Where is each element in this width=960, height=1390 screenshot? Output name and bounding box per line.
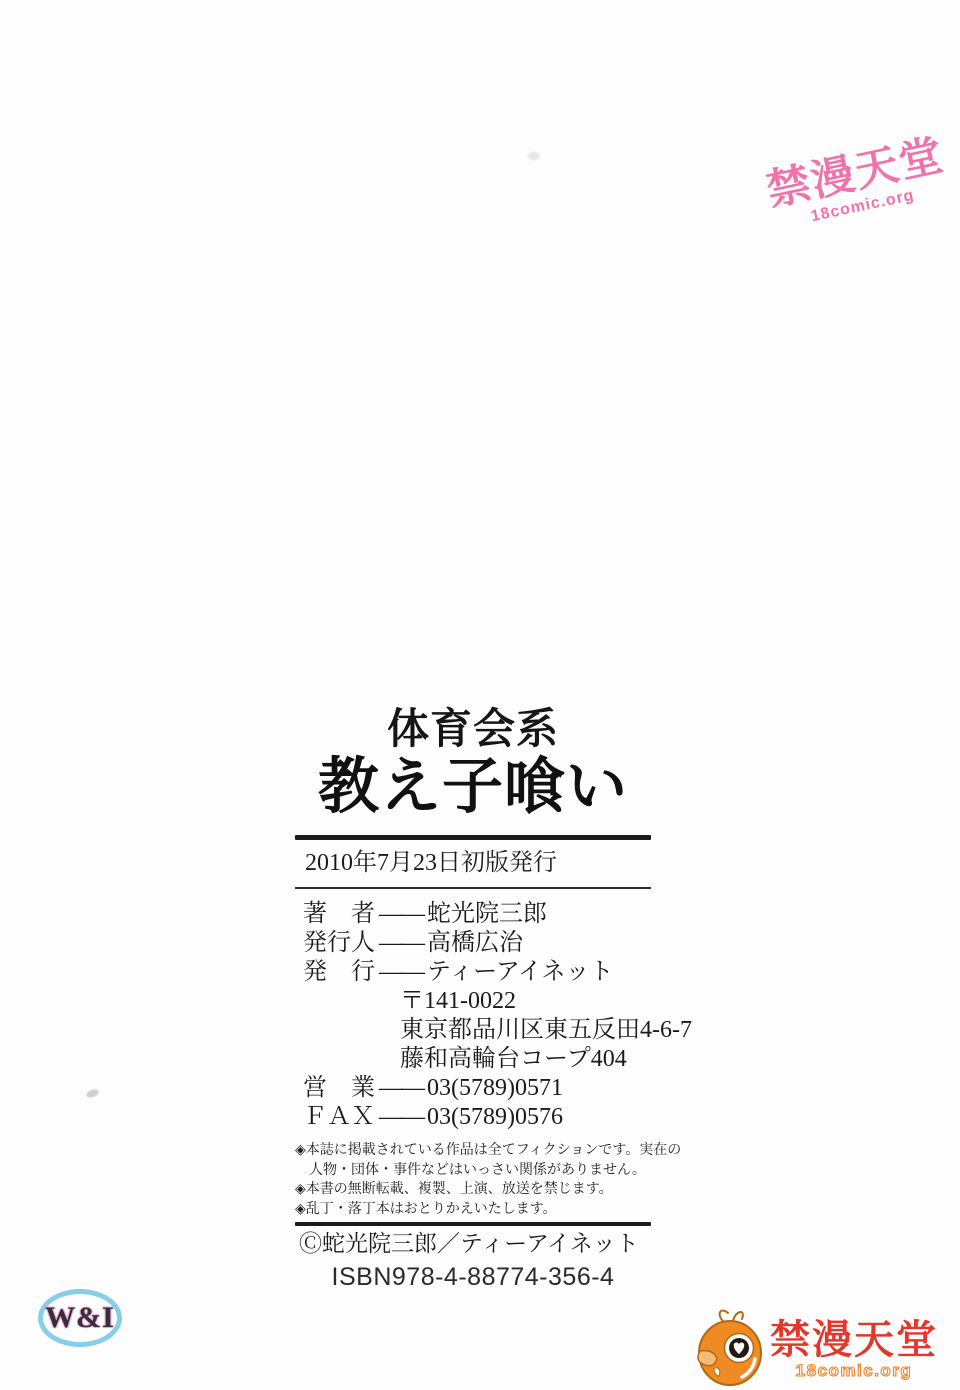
wi-scanlation-logo: W&I bbox=[38, 1289, 122, 1347]
site-domain: 18comic.org bbox=[770, 1362, 938, 1380]
note-line: ◈本誌に掲載されている作品は全てフィクションです。実在の bbox=[295, 1141, 651, 1161]
scan-speck bbox=[528, 152, 540, 160]
info-row-address2: 藤和高輪台コープ404 bbox=[295, 1045, 651, 1074]
row-value: ティーアイネット bbox=[427, 958, 613, 987]
scan-speck bbox=[85, 1088, 100, 1099]
publication-date: 2010年7月23日初版発行 bbox=[295, 849, 651, 878]
wi-logo-text: W&I bbox=[45, 1301, 115, 1335]
row-value: 蛇光院三郎 bbox=[427, 900, 547, 929]
row-dash: —— bbox=[379, 1103, 423, 1132]
info-row-author: 著 者——蛇光院三郎 bbox=[295, 900, 651, 929]
date-divider-rule bbox=[295, 887, 651, 889]
row-label: ＦＡＸ bbox=[303, 1103, 379, 1132]
note-line: 人物・団体・事件などはいっさい関係がありません。 bbox=[295, 1161, 651, 1181]
info-row-sales-phone: 営 業——03(5789)0571 bbox=[295, 1074, 651, 1103]
row-label: 発行人 bbox=[303, 929, 379, 958]
row-label: 著 者 bbox=[303, 900, 379, 929]
isbn-number: ISBN978-4-88774-356-4 bbox=[295, 1263, 651, 1292]
row-dash: —— bbox=[379, 958, 423, 987]
note-line: ◈乱丁・落丁本はおとりかえいたします。 bbox=[295, 1200, 651, 1220]
row-value: 〒141-0022 bbox=[400, 987, 516, 1016]
row-value: 東京都品川区東五反田4-6-7 bbox=[400, 1016, 692, 1045]
row-dash: —— bbox=[379, 1074, 423, 1103]
row-value: 03(5789)0576 bbox=[427, 1103, 563, 1132]
info-row-publisher: 発 行——ティーアイネット bbox=[295, 958, 651, 987]
info-row-postal-code: 〒141-0022 bbox=[295, 987, 651, 1016]
info-row-publisher-person: 発行人——高橋広治 bbox=[295, 929, 651, 958]
note-line: ◈本書の無断転載、複製、上演、放送を禁じます。 bbox=[295, 1180, 651, 1200]
notes-divider-rule bbox=[295, 1222, 651, 1226]
info-row-fax: ＦＡＸ——03(5789)0576 bbox=[295, 1103, 651, 1132]
site-name: 禁漫天堂 bbox=[770, 1320, 938, 1360]
site-logo-text: 禁漫天堂 18comic.org bbox=[770, 1320, 938, 1380]
colophon-page: 禁漫天堂 18comic.org 体育会系 教え子喰い 2010年7月23日初版… bbox=[0, 0, 960, 1390]
book-title-line1: 体育会系 bbox=[295, 706, 651, 754]
row-label: 発 行 bbox=[303, 958, 379, 987]
legal-notes: ◈本誌に掲載されている作品は全てフィクションです。実在の 人物・団体・事件などは… bbox=[295, 1141, 651, 1219]
row-value: 高橋広治 bbox=[427, 929, 523, 958]
mascot-whale-icon bbox=[694, 1306, 766, 1386]
row-label: 営 業 bbox=[303, 1074, 379, 1103]
site-logo: 禁漫天堂 18comic.org bbox=[694, 1306, 938, 1386]
copyright-line: Ⓒ蛇光院三郎／ティーアイネット bbox=[295, 1231, 651, 1257]
row-value: 藤和高輪台コープ404 bbox=[400, 1045, 627, 1074]
info-row-address1: 東京都品川区東五反田4-6-7 bbox=[295, 1016, 651, 1045]
row-dash: —— bbox=[379, 929, 423, 958]
site-watermark: 禁漫天堂 18comic.org bbox=[752, 131, 960, 236]
publication-info-list: 著 者——蛇光院三郎 発行人——高橋広治 発 行——ティーアイネット 〒141-… bbox=[295, 900, 651, 1132]
title-divider-rule bbox=[295, 835, 651, 840]
row-value: 03(5789)0571 bbox=[427, 1074, 563, 1103]
colophon-block: 体育会系 教え子喰い 2010年7月23日初版発行 著 者——蛇光院三郎 発行人… bbox=[295, 706, 651, 1292]
book-title-line2: 教え子喰い bbox=[295, 754, 651, 822]
row-dash: —— bbox=[379, 900, 423, 929]
